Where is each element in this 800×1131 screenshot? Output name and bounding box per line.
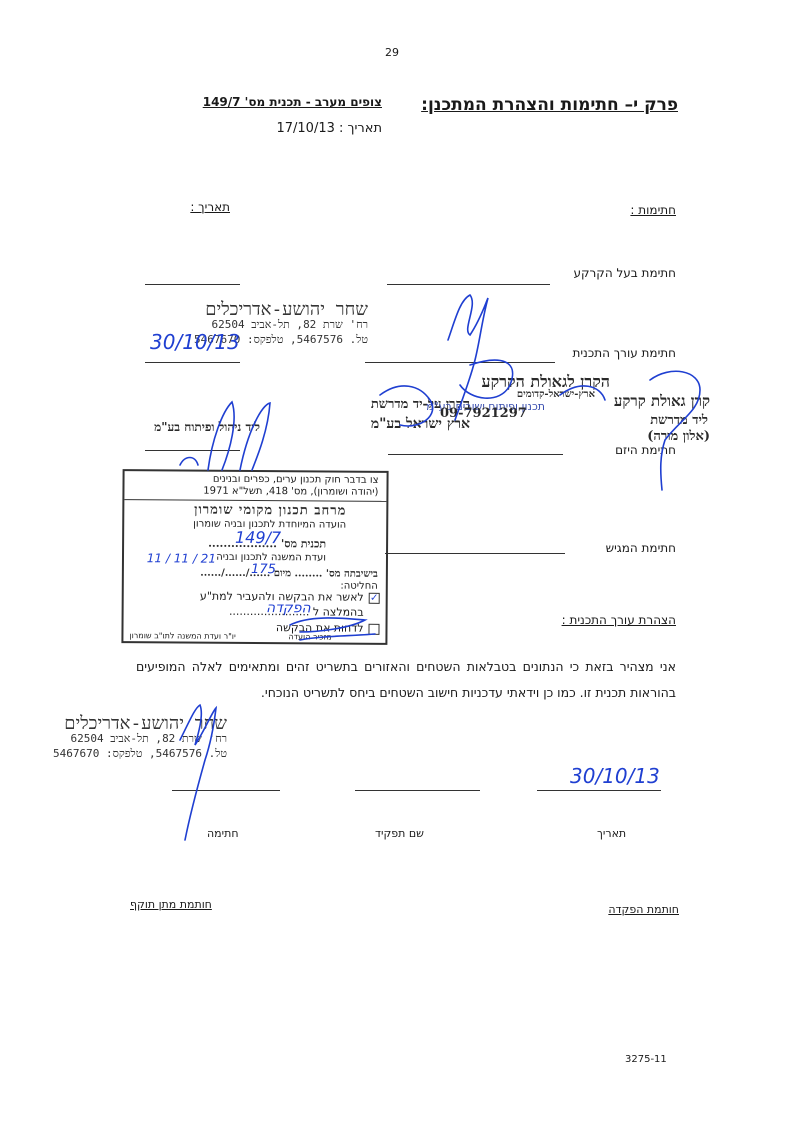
stamp-session-label: בישיבתה מס' ........ מיום ....../....../…	[200, 568, 378, 580]
initiator-signature-label: חתימת היזם	[615, 443, 676, 457]
architect-address: רח' שרת 82, תל-אביב 62504	[53, 731, 227, 746]
architect-name: שחר יהושע-אדריכלים	[194, 302, 368, 317]
stamp-recommend-value: הפקדה	[266, 600, 311, 616]
stamp-reject-checkbox	[368, 624, 379, 635]
kkl-stamp-line: (אלון מורה)	[647, 428, 710, 444]
initiator-signature-line	[388, 454, 563, 455]
declaration-handwritten-date: 30/10/13	[570, 764, 660, 788]
planner-declaration-text: אני מצהיר בזאת כי הנתונים בטבלאות השטחים…	[136, 654, 676, 706]
planner-date-line	[145, 362, 240, 363]
stamp-session-number: 175	[251, 562, 276, 577]
architect-name: שחר יהושע-אדריכלים	[53, 716, 227, 731]
kkl-stamp-line: ארץ-ישראל-קדומים	[517, 389, 595, 400]
date-column-heading: תאריך :	[190, 200, 230, 214]
declaration-date-label: תאריך	[597, 827, 626, 840]
document-date: תאריך : 17/10/13	[276, 121, 382, 136]
land-owner-signature-line	[387, 284, 550, 285]
planner-handwritten-date: 30/10/13	[150, 330, 240, 354]
architect-stamp-declaration: שחר יהושע-אדריכלים רח' שרת 82, תל-אביב 6…	[53, 716, 227, 761]
deposit-seal-label: חותמת הפקדה	[608, 903, 679, 916]
declaration-role-line	[355, 790, 480, 791]
stamp-law-line: (יהודה ושומרון), מס' 418, תשל"א 1971	[203, 486, 378, 498]
planner-declaration-heading: הצהרת עורך התכנית :	[562, 613, 676, 627]
validity-seal-label: חותמת מתן תוקף	[130, 898, 212, 911]
date-value: 17/10/13	[276, 121, 334, 136]
submitter-signature-label: חתימת המגיש	[606, 541, 676, 555]
submitter-signature-line	[385, 553, 565, 554]
stamp-approve-checkbox: ✓	[369, 593, 380, 604]
footer-code: 3275-11	[625, 1054, 667, 1065]
land-owner-date-line	[145, 284, 240, 285]
architect-phone: טל. 5467576, טלפקס: 5467670	[53, 746, 227, 761]
kkl-stamp-phone: 09-7921297	[440, 406, 610, 421]
declaration-signature-line	[172, 790, 280, 791]
section-title: פרק י– חתימות והצהרת המתכנן:	[421, 95, 678, 115]
stamp-footer-secretary: מזכיר הועדה	[288, 632, 331, 641]
page-number: 29	[385, 46, 399, 59]
declaration-signature-label: חתימה	[207, 827, 239, 840]
planner-signature-line	[365, 362, 555, 363]
date-label: תאריך :	[339, 121, 382, 136]
signatures-heading: חתימות :	[630, 203, 676, 217]
stamp-law-line: צו בדבר חוק תכנון ערים, כפרים ובנינים	[213, 474, 379, 486]
developer-company-stamp: ליד ניהול ופיתוח בע"מ	[154, 420, 260, 435]
stamp-plan-number-value: 149/7	[235, 528, 281, 547]
stamp-title: מרחב תכנון מקומי שומרון	[194, 502, 346, 519]
kkl-stamp-line: ליד מדרשת	[650, 412, 708, 428]
planner-signature-label: חתימת עורך התכנית	[572, 346, 676, 360]
initiator-date-line	[145, 450, 240, 451]
kkl-stamp-line: קרן גאולת קרקע	[614, 392, 710, 411]
declaration-role-label: שם תפקיד	[375, 827, 424, 840]
handwritten-signatures	[0, 0, 800, 1131]
stamp-footer-chair: יו"ר ועדת המשנה לתו"ב שומרון	[129, 631, 235, 641]
stamp-session-date: 21 / 11 / 11	[147, 551, 216, 565]
plan-reference: צופים מערב - תכנית מס' 149/7	[203, 95, 382, 109]
land-owner-signature-label: חתימת בעל הקרקע	[574, 266, 677, 280]
committee-approval-stamp: צו בדבר חוק תכנון ערים, כפרים ובנינים (י…	[121, 469, 388, 645]
declaration-date-line	[537, 790, 661, 791]
